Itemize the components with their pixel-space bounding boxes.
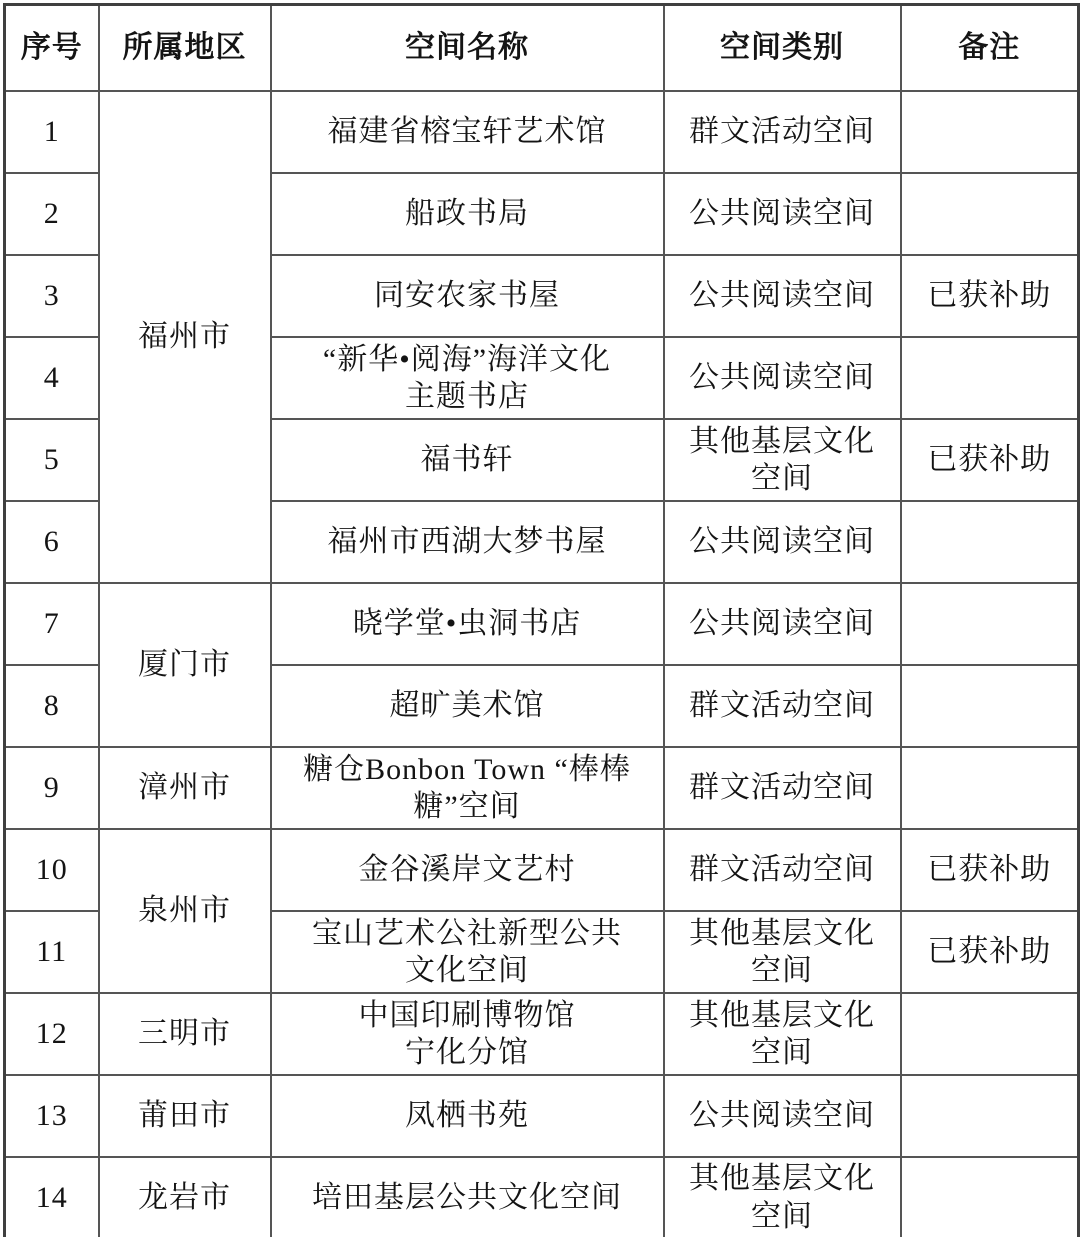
cell-remark — [901, 1157, 1079, 1237]
cell-space-name: 凤栖书苑 — [271, 1075, 664, 1157]
cell-space-name: “新华•阅海”海洋文化 主题书店 — [271, 337, 664, 419]
cell-remark: 已获补助 — [901, 911, 1079, 993]
cell-category: 其他基层文化 空间 — [664, 911, 901, 993]
cell-no: 14 — [5, 1157, 99, 1237]
table-row: 10 泉州市 金谷溪岸文艺村 群文活动空间 已获补助 — [5, 829, 1079, 911]
cell-space-name: 晓学堂•虫洞书店 — [271, 583, 664, 665]
cell-space-name: 福州市西湖大梦书屋 — [271, 501, 664, 583]
table-row: 13 莆田市 凤栖书苑 公共阅读空间 — [5, 1075, 1079, 1157]
cell-remark — [901, 1075, 1079, 1157]
cell-space-name: 福书轩 — [271, 419, 664, 501]
cell-no: 5 — [5, 419, 99, 501]
cell-category: 公共阅读空间 — [664, 501, 901, 583]
cell-category: 群文活动空间 — [664, 829, 901, 911]
table-body: 1 福州市 福建省榕宝轩艺术馆 群文活动空间 2 船政书局 公共阅读空间 3 同… — [5, 91, 1079, 1237]
cell-remark: 已获补助 — [901, 255, 1079, 337]
cell-region-putian: 莆田市 — [99, 1075, 271, 1157]
header-category: 空间类别 — [664, 5, 901, 92]
cell-space-name: 福建省榕宝轩艺术馆 — [271, 91, 664, 173]
table-row: 9 漳州市 糖仓Bonbon Town “棒棒 糖”空间 群文活动空间 — [5, 747, 1079, 829]
cell-remark — [901, 91, 1079, 173]
cell-region-xiamen: 厦门市 — [99, 583, 271, 747]
cell-space-name: 同安农家书屋 — [271, 255, 664, 337]
cell-remark: 已获补助 — [901, 419, 1079, 501]
table-header: 序号 所属地区 空间名称 空间类别 备注 — [5, 5, 1079, 92]
cell-no: 10 — [5, 829, 99, 911]
cell-category: 群文活动空间 — [664, 91, 901, 173]
table-row: 14 龙岩市 培田基层公共文化空间 其他基层文化 空间 — [5, 1157, 1079, 1237]
cell-remark — [901, 337, 1079, 419]
cell-no: 4 — [5, 337, 99, 419]
cell-category: 公共阅读空间 — [664, 337, 901, 419]
cell-region-longyan: 龙岩市 — [99, 1157, 271, 1237]
cell-region-sanming: 三明市 — [99, 993, 271, 1075]
table-row: 12 三明市 中国印刷博物馆 宁化分馆 其他基层文化 空间 — [5, 993, 1079, 1075]
header-no: 序号 — [5, 5, 99, 92]
table-row: 1 福州市 福建省榕宝轩艺术馆 群文活动空间 — [5, 91, 1079, 173]
cell-no: 8 — [5, 665, 99, 747]
cell-remark — [901, 993, 1079, 1075]
cell-no: 13 — [5, 1075, 99, 1157]
cell-no: 2 — [5, 173, 99, 255]
cell-space-name: 超旷美术馆 — [271, 665, 664, 747]
cell-no: 12 — [5, 993, 99, 1075]
cell-space-name: 船政书局 — [271, 173, 664, 255]
header-space-name: 空间名称 — [271, 5, 664, 92]
table-row: 7 厦门市 晓学堂•虫洞书店 公共阅读空间 — [5, 583, 1079, 665]
cell-category: 公共阅读空间 — [664, 255, 901, 337]
cell-category: 其他基层文化 空间 — [664, 993, 901, 1075]
cell-space-name: 培田基层公共文化空间 — [271, 1157, 664, 1237]
cell-remark: 已获补助 — [901, 829, 1079, 911]
cell-category: 群文活动空间 — [664, 665, 901, 747]
cell-region-quanzhou: 泉州市 — [99, 829, 271, 993]
cell-remark — [901, 747, 1079, 829]
cell-space-name: 中国印刷博物馆 宁化分馆 — [271, 993, 664, 1075]
cell-no: 11 — [5, 911, 99, 993]
cell-remark — [901, 583, 1079, 665]
cell-no: 1 — [5, 91, 99, 173]
cell-region-fuzhou: 福州市 — [99, 91, 271, 583]
cell-category: 其他基层文化 空间 — [664, 1157, 901, 1237]
cell-remark — [901, 665, 1079, 747]
cell-space-name: 宝山艺术公社新型公共 文化空间 — [271, 911, 664, 993]
cell-category: 公共阅读空间 — [664, 173, 901, 255]
cell-remark — [901, 173, 1079, 255]
cell-category: 公共阅读空间 — [664, 1075, 901, 1157]
cell-remark — [901, 501, 1079, 583]
cell-category: 群文活动空间 — [664, 747, 901, 829]
cell-no: 3 — [5, 255, 99, 337]
cell-category: 其他基层文化 空间 — [664, 419, 901, 501]
cell-region-zhangzhou: 漳州市 — [99, 747, 271, 829]
cell-category: 公共阅读空间 — [664, 583, 901, 665]
cell-space-name: 金谷溪岸文艺村 — [271, 829, 664, 911]
header-remark: 备注 — [901, 5, 1079, 92]
cell-no: 6 — [5, 501, 99, 583]
culture-spaces-table: 序号 所属地区 空间名称 空间类别 备注 1 福州市 福建省榕宝轩艺术馆 群文活… — [3, 3, 1080, 1237]
document-page: 序号 所属地区 空间名称 空间类别 备注 1 福州市 福建省榕宝轩艺术馆 群文活… — [0, 0, 1080, 1237]
header-region: 所属地区 — [99, 5, 271, 92]
header-row: 序号 所属地区 空间名称 空间类别 备注 — [5, 5, 1079, 92]
cell-no: 7 — [5, 583, 99, 665]
cell-no: 9 — [5, 747, 99, 829]
cell-space-name: 糖仓Bonbon Town “棒棒 糖”空间 — [271, 747, 664, 829]
